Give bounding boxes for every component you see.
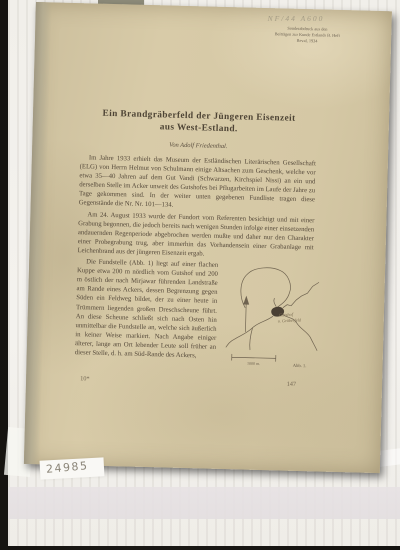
sketch-map: Gutshof u. Gräberfeld 1000 m. Abb. 1. bbox=[221, 263, 321, 381]
map-road-neck bbox=[274, 298, 277, 306]
backing-paper-band bbox=[8, 487, 400, 519]
scanned-document-photo: NF/44 A600 Sonderabdruck aus den Beiträg… bbox=[0, 0, 400, 550]
map-road-southwest bbox=[226, 315, 273, 348]
pencil-annotation: NF/44 A600 bbox=[268, 14, 398, 23]
map-scale-label: 1000 m. bbox=[247, 361, 260, 366]
map-figure: Gutshof u. Gräberfeld 1000 m. Abb. 1. bbox=[221, 263, 321, 381]
map-site-label-line1: Gutshof bbox=[279, 312, 294, 318]
article-byline: Von Adolf Friedenthal. bbox=[80, 139, 316, 152]
map-road-branch-south bbox=[250, 328, 253, 350]
map-site-label-line2: u. Gräberfeld bbox=[278, 317, 302, 323]
signature-mark: 10* bbox=[80, 375, 90, 382]
map-north-arrow-head bbox=[243, 296, 249, 305]
page-number: 147 bbox=[287, 381, 297, 388]
figure-caption: Abb. 1. bbox=[293, 363, 307, 368]
paragraph-2: Am 24. August 1933 wurde der Fundort vom… bbox=[77, 210, 314, 262]
article-content: Ein Brandgräberfeld der Jüngeren Eisenze… bbox=[74, 101, 317, 388]
publisher-stamp: Sonderabdruck aus den Beiträgen zur Kund… bbox=[243, 24, 371, 45]
paragraph-1: Im Jahre 1933 erhielt das Museum der Est… bbox=[79, 153, 316, 214]
offprint-page: NF/44 A600 Sonderabdruck aus den Beiträg… bbox=[24, 2, 392, 473]
